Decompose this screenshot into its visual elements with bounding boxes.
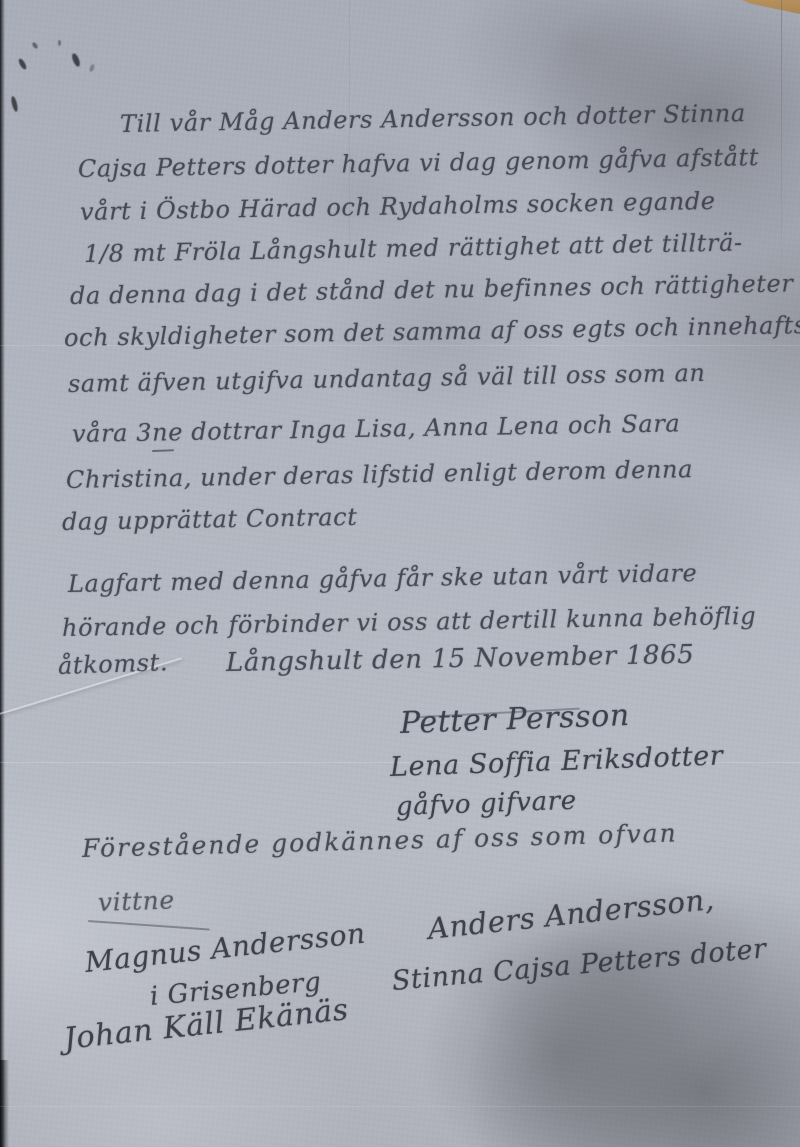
signature-petter-persson: Petter Persson — [399, 698, 630, 741]
letter-line-11: Lagfart med denna gåfva får ske utan vår… — [68, 559, 698, 598]
witness-heading: vittne — [97, 885, 175, 917]
underline-3ne — [152, 449, 174, 452]
scan-artifact-line — [0, 1106, 800, 1107]
paper-right-edge — [781, 0, 782, 300]
letter-line-9: Christina, under deras lifstid enligt de… — [66, 455, 693, 494]
document-scan: Till vår Måg Anders Andersson och dotter… — [0, 0, 800, 1147]
signature-lena-soffia: Lena Soffia Eriksdotter — [389, 740, 723, 783]
ink-blot — [17, 58, 27, 71]
approval-line: Förestående godkännes af oss som ofvan — [82, 818, 678, 863]
letter-line-3: vårt i Östbo Härad och Rydaholms socken … — [80, 187, 716, 226]
ink-blot — [58, 40, 61, 46]
letter-line-2: Cajsa Petters dotter hafva vi dag genom … — [78, 143, 759, 183]
letter-line-12: hörande och förbinder vi oss att dertill… — [62, 602, 757, 642]
left-edge-shadow-bottom — [0, 1060, 9, 1147]
letter-line-5: da denna dag i det stånd det nu befinnes… — [70, 269, 794, 310]
ink-blot — [10, 96, 19, 113]
letter-line-1: Till vår Måg Anders Andersson och dotter… — [120, 99, 746, 138]
letter-line-10: dag upprättat Contract — [62, 503, 358, 536]
signature-role: gåfvo gifvare — [395, 786, 577, 822]
letter-line-4: 1/8 mt Fröla Långshult med rättighet att… — [84, 229, 743, 268]
signature-anders-andersson: Anders Andersson, — [426, 882, 716, 946]
left-edge-shadow — [0, 0, 5, 1147]
ink-blot — [31, 41, 38, 49]
letter-line-8: våra 3ne dottrar Inga Lisa, Anna Lena oc… — [72, 409, 681, 448]
ink-blot — [89, 64, 95, 73]
dateline: Långshult den 15 November 1865 — [226, 640, 695, 678]
ink-blot — [71, 52, 82, 67]
witness-underline — [88, 920, 210, 931]
letter-line-7: samt äfven utgifva undantag så väl till … — [68, 359, 706, 398]
witness-magnus-andersson: Magnus Andersson — [83, 917, 367, 979]
table-edge-corner — [742, 0, 800, 14]
closing-word: åtkomst. — [58, 648, 169, 680]
